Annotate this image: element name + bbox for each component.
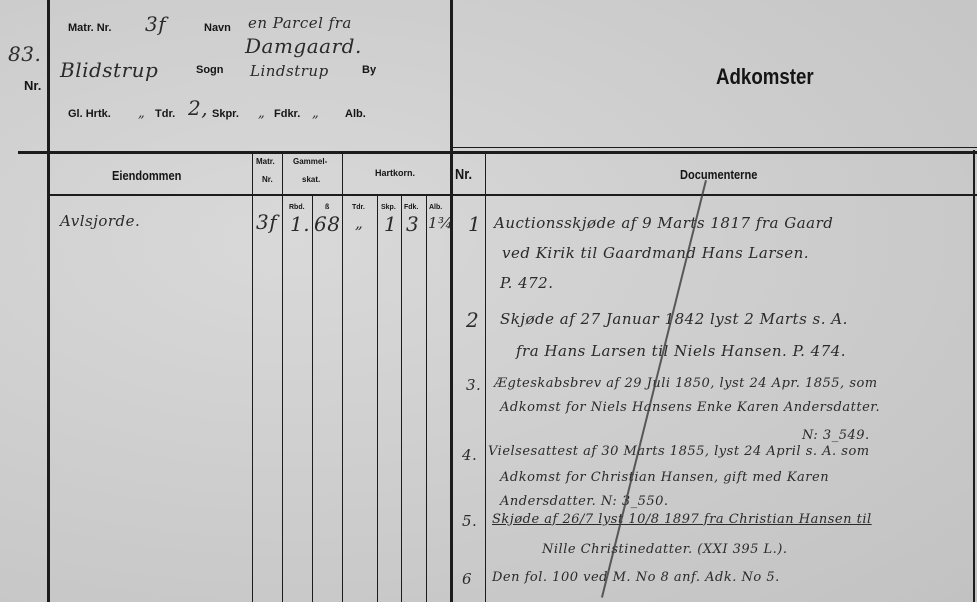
sub-header-alb: Alb. <box>429 204 442 211</box>
sub-header-sh: ß <box>325 204 329 211</box>
entry-3-line1: Ægteskabsbrev af 29 Juli 1850, lyst 24 A… <box>494 376 878 391</box>
navn-value-line2: Damgaard. <box>245 34 362 58</box>
entry-1-line3: P. 472. <box>500 274 554 292</box>
entry-4-line1: Vielsesattest af 30 Marts 1855, lyst 24 … <box>488 444 870 459</box>
entry-1-line1: Auctionsskjøde af 9 Marts 1817 fra Gaard <box>494 214 833 232</box>
ledger-page: 83. Nr. Matr. Nr. 3f Navn en Parcel fra … <box>0 0 977 602</box>
cell-sh: 68 <box>314 212 340 236</box>
left-margin-rule <box>47 0 50 602</box>
alb-label: Alb. <box>345 108 366 120</box>
navn-value-line1: en Parcel fra <box>248 14 352 32</box>
matr-nr-value: 3f <box>145 12 166 36</box>
cell-eiendommen: Avlsjorde. <box>60 212 140 230</box>
sub-header-fdk: Fdk. <box>404 204 418 211</box>
col-rule-sh <box>312 196 313 602</box>
cell-skp: 1 <box>384 212 397 236</box>
entry-2-nr: 2 <box>466 308 479 332</box>
adkomster-title: Adkomster <box>716 64 814 90</box>
col-header-gammelskat-line2: skat. <box>302 175 320 184</box>
col-header-matr-line1: Matr. <box>256 157 275 166</box>
col-rule-gammelskat <box>282 153 283 602</box>
column-header-bottom-rule <box>47 194 977 196</box>
entry-4-line3: Andersdatter. N: 3_550. <box>500 494 669 509</box>
entry-3-line2: Adkomst for Niels Hansens Enke Karen And… <box>500 400 880 415</box>
sogn-label: Sogn <box>196 64 224 76</box>
cell-tdr: „ <box>355 214 363 232</box>
col-rule-hartkorn <box>342 153 343 602</box>
fdkr-value: „ <box>312 106 319 121</box>
navn-label: Navn <box>204 22 231 34</box>
col-rule-alb <box>426 196 427 602</box>
gl-hrtk-value: „ <box>138 106 145 121</box>
entry-3-nr: 3. <box>466 376 481 394</box>
entry-4-nr: 4. <box>462 446 477 464</box>
col-header-gammelskat-line1: Gammel- <box>293 157 327 166</box>
col-rule-fdk <box>401 196 402 602</box>
record-number-label: Nr. <box>24 78 41 93</box>
by-value: Lindstrup <box>250 62 329 80</box>
col-rule-matr <box>252 153 253 602</box>
col-header-hartkorn: Hartkorn. <box>375 168 415 178</box>
sub-header-skp: Skp. <box>381 204 396 211</box>
col-header-matr-line2: Nr. <box>262 175 273 184</box>
tdr-value: 2, <box>188 96 208 120</box>
entry-6-line1: Den fol. 100 ved M. No 8 anf. Adk. No 5. <box>492 570 780 585</box>
entry-1-nr: 1 <box>468 212 481 236</box>
entry-5-nr: 5. <box>462 512 477 530</box>
skpr-label: Skpr. <box>212 108 239 120</box>
sub-header-tdr: Tdr. <box>352 204 365 211</box>
right-edge-rule <box>973 150 975 602</box>
col-rule-skp <box>377 196 378 602</box>
gl-hrtk-label: Gl. Hrtk. <box>68 108 111 120</box>
cell-alb: 1¾ <box>428 214 453 232</box>
col-header-nr: Nr. <box>455 166 472 183</box>
cell-matr-nr: 3f <box>256 210 277 234</box>
entry-1-line2: ved Kirik til Gaardmand Hans Larsen. <box>502 244 809 262</box>
header-bottom-rule <box>18 151 977 154</box>
entry-4-line2: Adkomst for Christian Hansen, gift med K… <box>500 470 829 485</box>
entry-5-line2: Nille Christinedatter. (XXI 395 L.). <box>542 542 788 557</box>
entry-2-line2: fra Hans Larsen til Niels Hansen. P. 474… <box>516 342 846 360</box>
col-header-documenterne: Documenterne <box>680 167 757 182</box>
entry-5-line1: Skjøde af 26/7 lyst 10/8 1897 fra Christ… <box>492 512 872 527</box>
matr-nr-label: Matr. Nr. <box>68 22 111 34</box>
col-header-eiendommen: Eiendommen <box>112 168 181 183</box>
fdkr-label: Fdkr. <box>274 108 300 120</box>
section-divider-rule <box>450 0 453 602</box>
cell-fdk: 3 <box>406 212 419 236</box>
cell-rbd: 1. <box>290 212 310 236</box>
header-bottom-rule-thin <box>450 147 977 148</box>
entry-3-line3: N: 3_549. <box>802 428 870 443</box>
by-label: By <box>362 64 376 76</box>
col-rule-nr <box>485 153 486 602</box>
entry-6-nr: 6 <box>462 570 472 588</box>
sub-header-rbd: Rbd. <box>289 204 305 211</box>
record-number: 83. <box>8 42 41 66</box>
tdr-label: Tdr. <box>155 108 175 120</box>
sogn-value: Blidstrup <box>60 58 158 82</box>
skpr-value: „ <box>258 106 265 121</box>
